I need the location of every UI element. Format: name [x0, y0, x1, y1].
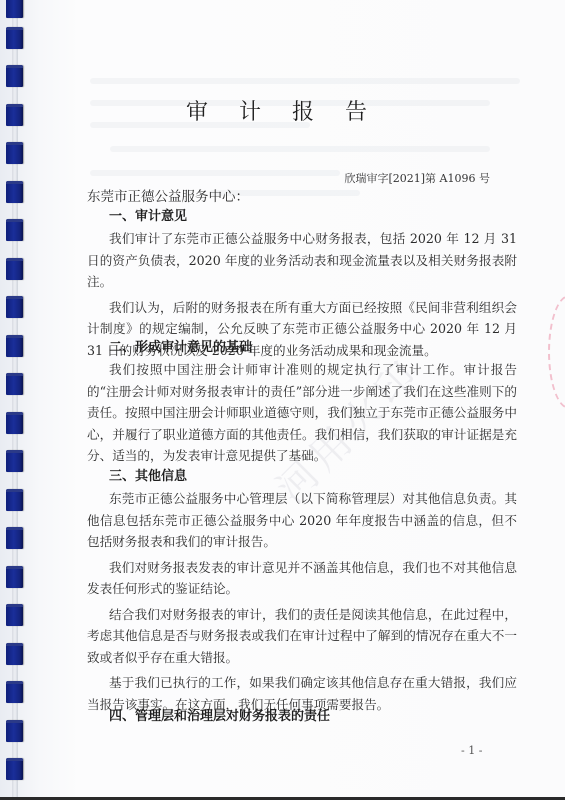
addressee: 东莞市正德公益服务中心： [87, 185, 249, 205]
binding-ring-icon [6, 720, 23, 742]
page-number: - 1 - [461, 744, 482, 757]
binding-ring-icon [6, 27, 23, 49]
seal-stamp-icon [548, 295, 565, 409]
binding-ring-icon [6, 643, 23, 665]
binding-ring-icon [6, 258, 23, 280]
section-management-responsibility: 四、管理层和治理层对财务报表的责任 [87, 706, 517, 728]
binding-ring-icon [6, 758, 23, 780]
show-through-line [90, 170, 340, 176]
binding-ring-icon [6, 604, 23, 626]
section-heading: 四、管理层和治理层对财务报表的责任 [87, 706, 517, 728]
binding-ring-icon [6, 527, 23, 549]
binding-ring-icon [6, 219, 23, 241]
binding-ring-icon [6, 181, 23, 203]
section-heading: 二、形成审计意见的基础 [87, 337, 517, 359]
binding-ring-icon [6, 566, 23, 588]
binding-ring-icon [6, 489, 23, 511]
show-through-line [110, 146, 490, 152]
section-heading: 一、审计意见 [87, 206, 517, 228]
paragraph: 我们对财务报表发表的审计意见并不涵盖其他信息，我们也不对其他信息发表任何形式的鉴… [87, 557, 517, 600]
document-page: 审 计 报 告 欣瑞审字[2021]第 A1096 号 东莞市正德公益服务中心：… [0, 0, 565, 800]
binding-ring-icon [6, 142, 23, 164]
show-through-line [90, 78, 520, 84]
paragraph: 结合我们对财务报表的审计，我们的责任是阅读其他信息，在此过程中，考虑其他信息是否… [87, 604, 517, 669]
page-title: 审 计 报 告 [0, 95, 565, 126]
binding-ring-icon [6, 65, 23, 87]
binding-ring-icon [6, 0, 23, 18]
reference-number: 欣瑞审字[2021]第 A1096 号 [344, 170, 490, 186]
binding-ring-icon [6, 335, 23, 357]
binding-ring-icon [6, 296, 23, 318]
binding-ring-icon [6, 681, 23, 703]
binding-ring-icon [6, 412, 23, 434]
binding-ring-icon [6, 373, 23, 395]
binding-ring-icon [6, 450, 23, 472]
paragraph: 我们审计了东莞市正德公益服务中心财务报表，包括 2020 年 12 月 31 日… [87, 228, 517, 293]
